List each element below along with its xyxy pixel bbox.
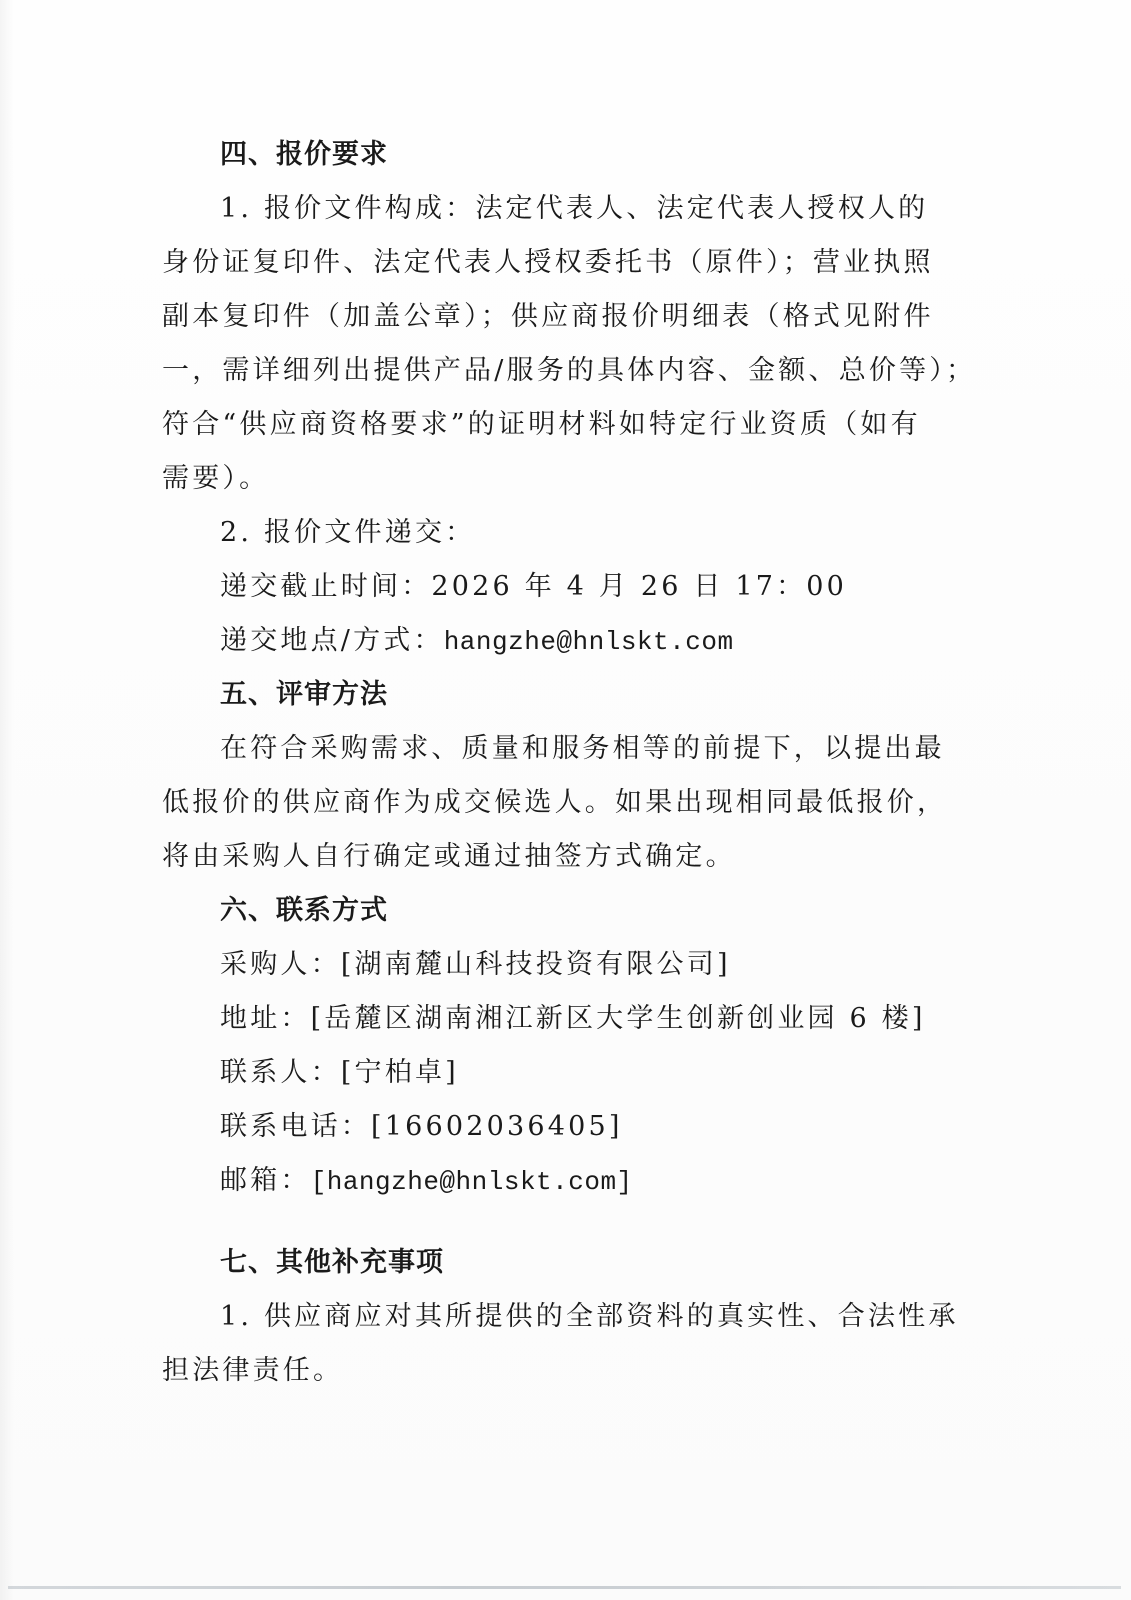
page-bottom-edge [8,1586,1121,1589]
section-heading-other: 七、其他补充事项 [162,1236,930,1290]
submission-deadline: 递交截止时间：2026 年 4 月 26 日 17：00 [162,560,930,614]
submission-method: 递交地点/方式：hangzhe@hnlskt.com [162,614,930,668]
submission-deadline-label: 递交截止时间： [220,571,431,602]
section-heading-evaluation-method: 五、评审方法 [162,668,930,722]
section-heading-contact: 六、联系方式 [162,884,930,938]
quote-item-2-title: 2. 报价文件递交： [162,506,930,560]
paragraph-line: 身份证复印件、法定代表人授权委托书（原件）；营业执照 [162,236,930,290]
contact-person: 联系人：[宁柏卓] [162,1046,930,1100]
phone-label: 联系电话： [220,1111,371,1142]
email-value: [hangzhe@hnlskt.com] [311,1167,633,1197]
address-value: [岳麓区湖南湘江新区大学生创新创业园 6 楼] [311,1003,926,1034]
spacer [162,1208,930,1236]
paragraph-line: 副本复印件（加盖公章）；供应商报价明细表（格式见附件 [162,290,930,344]
scanned-page: 四、报价要求 1. 报价文件构成：法定代表人、法定代表人授权人的 身份证复印件、… [0,0,1131,1600]
purchaser-label: 采购人： [220,949,341,980]
address-label: 地址： [220,1003,311,1034]
contact-phone: 联系电话：[16602036405] [162,1100,930,1154]
contact-address: 地址：[岳麓区湖南湘江新区大学生创新创业园 6 楼] [162,992,930,1046]
purchaser-value: [湖南麓山科技投资有限公司] [341,949,731,980]
document-body: 四、报价要求 1. 报价文件构成：法定代表人、法定代表人授权人的 身份证复印件、… [162,128,930,1398]
paragraph-line: 在符合采购需求、质量和服务相等的前提下，以提出最 [162,722,930,776]
contact-block: 采购人：[湖南麓山科技投资有限公司] 地址：[岳麓区湖南湘江新区大学生创新创业园… [162,938,930,1208]
paragraph-line: 一，需详细列出提供产品/服务的具体内容、金额、总价等）； [162,344,930,398]
evaluation-paragraph: 在符合采购需求、质量和服务相等的前提下，以提出最 低报价的供应商作为成交候选人。… [162,722,930,884]
paragraph-line: 担法律责任。 [162,1344,930,1398]
paragraph-line: 1. 供应商应对其所提供的全部资料的真实性、合法性承 [162,1290,930,1344]
contact-person-label: 联系人： [220,1057,341,1088]
paragraph-line: 将由采购人自行确定或通过抽签方式确定。 [162,830,930,884]
email-label: 邮箱： [220,1165,311,1196]
section-heading-quote-requirements: 四、报价要求 [162,128,930,182]
submission-deadline-value: 2026 年 4 月 26 日 17：00 [431,571,847,602]
quote-item-1: 1. 报价文件构成：法定代表人、法定代表人授权人的 身份证复印件、法定代表人授权… [162,182,930,506]
submission-method-label: 递交地点/方式： [220,625,444,656]
quote-item-2: 2. 报价文件递交： 递交截止时间：2026 年 4 月 26 日 17：00 … [162,506,930,668]
submission-method-email: hangzhe@hnlskt.com [444,627,734,657]
contact-email: 邮箱：[hangzhe@hnlskt.com] [162,1154,930,1208]
paragraph-line: 低报价的供应商作为成交候选人。如果出现相同最低报价， [162,776,930,830]
other-paragraph: 1. 供应商应对其所提供的全部资料的真实性、合法性承 担法律责任。 [162,1290,930,1398]
paragraph-line: 1. 报价文件构成：法定代表人、法定代表人授权人的 [162,182,930,236]
paragraph-line: 需要）。 [162,452,930,506]
paragraph-line: 符合“供应商资格要求”的证明材料如特定行业资质（如有 [162,398,930,452]
contact-purchaser: 采购人：[湖南麓山科技投资有限公司] [162,938,930,992]
contact-person-value: [宁柏卓] [341,1057,459,1088]
phone-value: [16602036405] [371,1111,623,1142]
